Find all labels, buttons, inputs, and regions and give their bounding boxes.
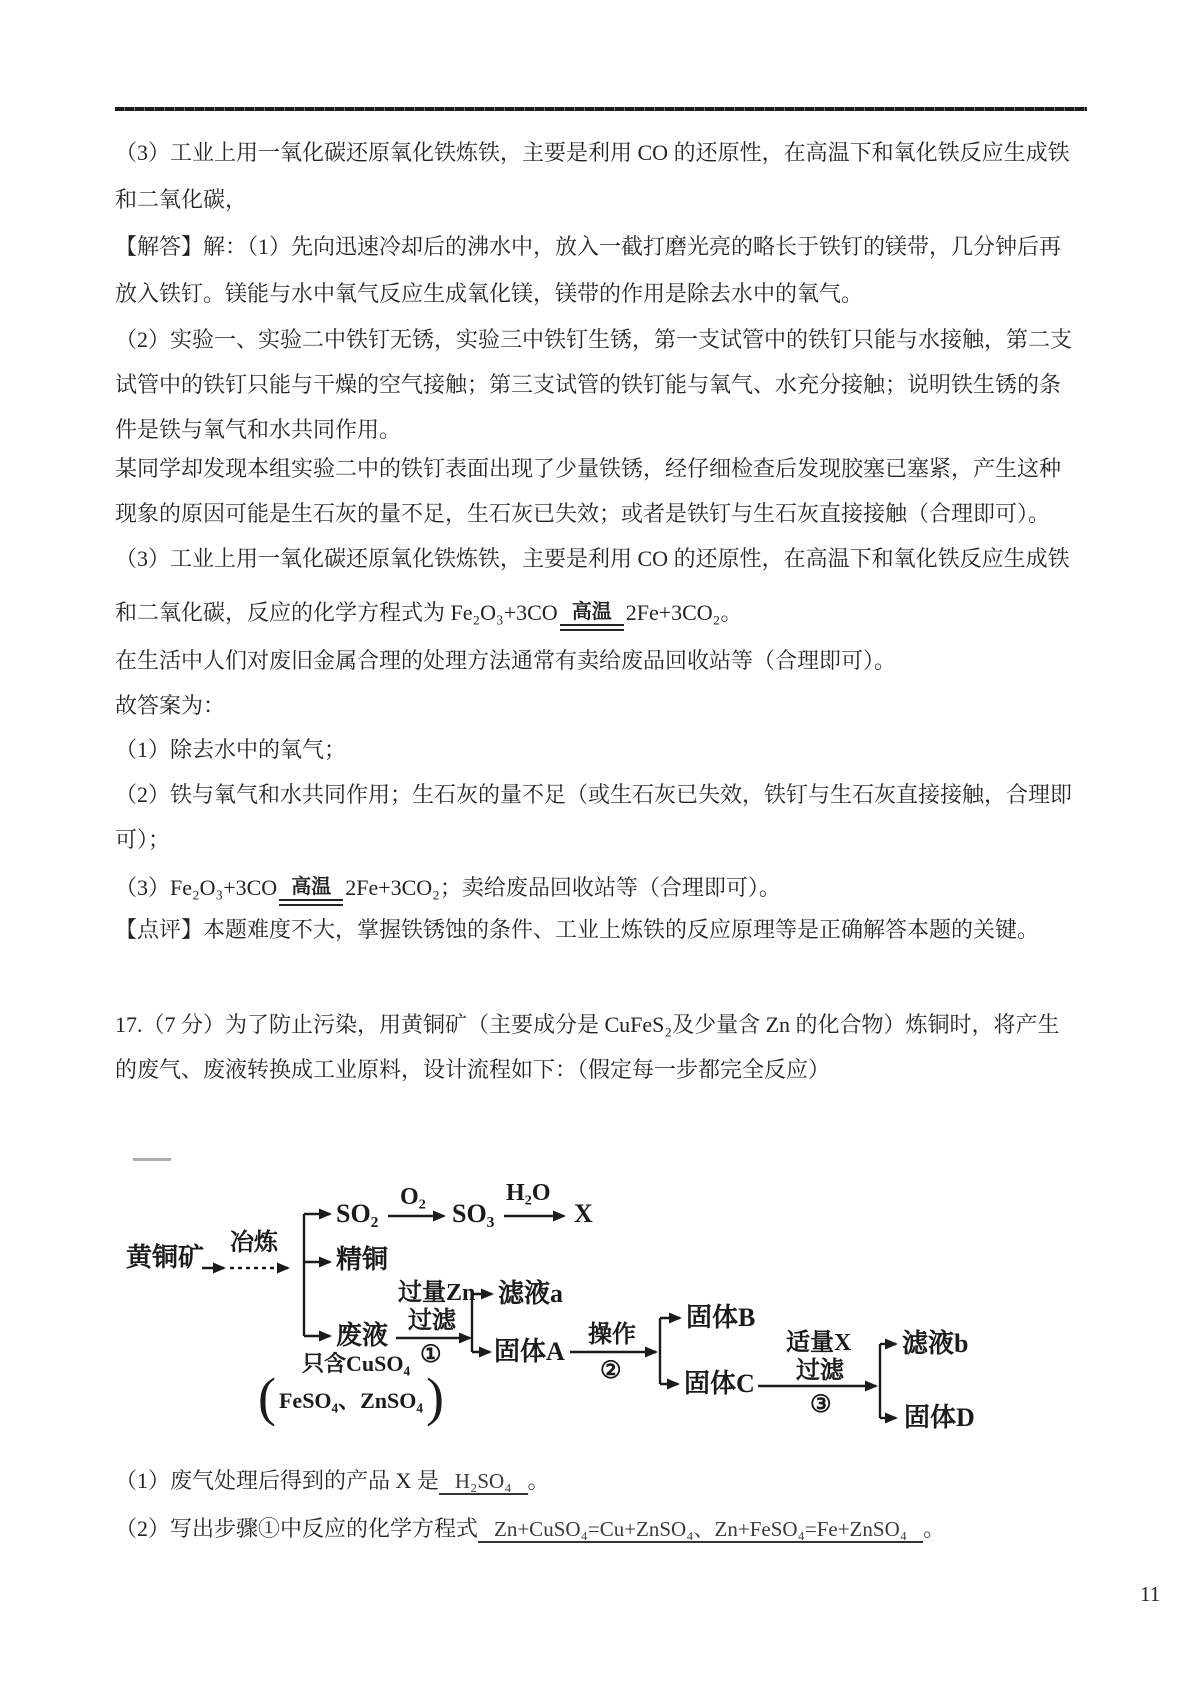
answer-line-1: （1）废气处理后得到的产品 X 是H₂SO₄。 [115, 1468, 1095, 1495]
flow-label-step-2: ② [600, 1358, 622, 1384]
text-line: 现象的原因可能是生石灰的量不足，生石灰已失效；或者是铁钉与生石灰直接接触（合理即… [115, 501, 1095, 527]
flow-label-step-1: ① [420, 1342, 442, 1368]
flow-node-solid-c: 固体C [684, 1370, 755, 1398]
double-bond-line [279, 899, 343, 906]
text-line: （2）实验一、实验二中铁钉无锈，实验三中铁钉生锈，第一支试管中的铁钉只能与水接触… [115, 327, 1095, 353]
flow-node-solid-a: 固体A [494, 1338, 565, 1366]
flow-node-solid-d: 固体D [904, 1404, 975, 1432]
flow-label-o2: O₂ [400, 1184, 426, 1210]
flow-node-refined-copper: 精铜 [336, 1246, 388, 1274]
flow-node-waste-liquid: 废液 [336, 1322, 388, 1350]
flow-node-filtrate-a: 滤液a [498, 1280, 563, 1308]
question-17-line: 的废气、废液转换成工业原料，设计流程如下：（假定每一步都完全反应） [115, 1057, 1095, 1083]
reaction-condition: 高温 [560, 600, 624, 631]
double-bond-line [560, 624, 624, 631]
text-line: （1）除去水中的氧气； [115, 737, 1095, 763]
equation-prefix: （3）Fe₂O₃+3CO [115, 875, 277, 900]
text-line: 可）； [115, 827, 1095, 853]
q2-suffix: 。 [923, 1516, 945, 1541]
flow-label-operation: 操作 [588, 1322, 636, 1348]
flow-label-proper-x: 适量X [786, 1330, 851, 1356]
flow-node-solid-b: 固体B [686, 1304, 755, 1332]
flow-node-source: 黄铜矿 [126, 1244, 204, 1272]
text-line: （3）工业上用一氧化碳还原氧化铁炼铁，主要是利用 CO 的还原性，在高温下和氧化… [115, 546, 1095, 572]
left-paren: ( [258, 1370, 276, 1424]
flow-label-filter-3: 过滤 [796, 1358, 844, 1384]
question-17-line: 17.（7 分）为了防止污染，用黄铜矿（主要成分是 CuFeS₂及少量含 Zn … [115, 1012, 1095, 1038]
text-line: 某同学却发现本组实验二中的铁钉表面出现了少量铁锈，经仔细检查后发现胶塞已塞紧，产… [115, 456, 1095, 482]
flow-node-so3: SO₃ [452, 1200, 494, 1228]
text-line: 和二氧化碳， [115, 187, 1095, 213]
equation-line: 和二氧化碳，反应的化学方程式为 Fe₂O₃+3CO高温2Fe+3CO₂。 [115, 600, 1095, 631]
equation-suffix: 2Fe+3CO₂；卖给废品回收站等（合理即可）。 [345, 875, 781, 900]
text-line: 试管中的铁钉只能与干燥的空气接触；第三支试管的铁钉能与氧气、水充分接触；说明铁生… [115, 372, 1095, 398]
text-line: 故答案为： [115, 693, 1095, 719]
stray-dash-mark [133, 1158, 171, 1161]
text-line: （2）铁与氧气和水共同作用；生石灰的量不足（或生石灰已失效，铁钉与生石灰直接接触… [115, 782, 1095, 808]
q1-answer-blank: H₂SO₄ [439, 1469, 528, 1495]
flow-note-feso4-znso4: ( FeSO₄、ZnSO₄ ) [258, 1370, 444, 1424]
page-number: 11 [1140, 1582, 1160, 1607]
flow-label-smelt: 冶炼 [230, 1230, 278, 1256]
answer-line-2: （2）写出步骤①中反应的化学方程式Zn+CuSO₄=Cu+ZnSO₄、Zn+Fe… [115, 1516, 1095, 1543]
q1-prefix: （1）废气处理后得到的产品 X 是 [115, 1468, 439, 1493]
equation-prefix: 和二氧化碳，反应的化学方程式为 Fe₂O₃+3CO [115, 600, 558, 625]
top-rule [115, 107, 1087, 111]
condition-label: 高温 [279, 875, 343, 899]
process-flowchart: 黄铜矿 冶炼 SO₂ O₂ SO₃ H₂O X 精铜 废液 过量Zn 过滤 ① … [100, 1180, 1160, 1442]
flow-node-filtrate-b: 滤液b [902, 1330, 968, 1358]
flow-label-step-3: ③ [810, 1392, 832, 1418]
text-line: 【解答】解：（1）先向迅速冷却后的沸水中，放入一截打磨光亮的略长于铁钉的镁带，几… [115, 234, 1095, 260]
exam-page: （3）工业上用一氧化碳还原氧化铁炼铁，主要是利用 CO 的还原性，在高温下和氧化… [0, 0, 1200, 1698]
text-line: （3）工业上用一氧化碳还原氧化铁炼铁，主要是利用 CO 的还原性，在高温下和氧化… [115, 140, 1095, 166]
q2-answer-blank: Zn+CuSO₄=Cu+ZnSO₄、Zn+FeSO₄=Fe+ZnSO₄ [478, 1517, 923, 1543]
text-line: 在生活中人们对废旧金属合理的处理方法通常有卖给废品回收站等（合理即可）。 [115, 648, 1095, 674]
right-paren: ) [426, 1370, 444, 1424]
flow-label-h2o: H₂O [506, 1180, 551, 1206]
flow-node-so2: SO₂ [336, 1200, 378, 1228]
flow-node-x: X [574, 1200, 593, 1228]
q1-suffix: 。 [528, 1468, 550, 1493]
text-line: 放入铁钉。镁能与水中氧气反应生成氧化镁，镁带的作用是除去水中的氧气。 [115, 281, 1095, 307]
text-line: 件是铁与氧气和水共同作用。 [115, 417, 1095, 443]
text-line: 【点评】本题难度不大，掌握铁锈蚀的条件、工业上炼铁的反应原理等是正确解答本题的关… [115, 917, 1095, 943]
q2-prefix: （2）写出步骤①中反应的化学方程式 [115, 1516, 478, 1541]
equation-suffix: 2Fe+3CO₂。 [626, 600, 743, 625]
reaction-condition: 高温 [279, 875, 343, 906]
equation-line: （3）Fe₂O₃+3CO高温2Fe+3CO₂；卖给废品回收站等（合理即可）。 [115, 875, 1095, 906]
paren-text: FeSO₄、ZnSO₄ [276, 1384, 426, 1415]
flow-label-filter-1: 过滤 [408, 1308, 456, 1334]
condition-label: 高温 [560, 600, 624, 624]
flow-label-excess-zn: 过量Zn [398, 1280, 475, 1306]
